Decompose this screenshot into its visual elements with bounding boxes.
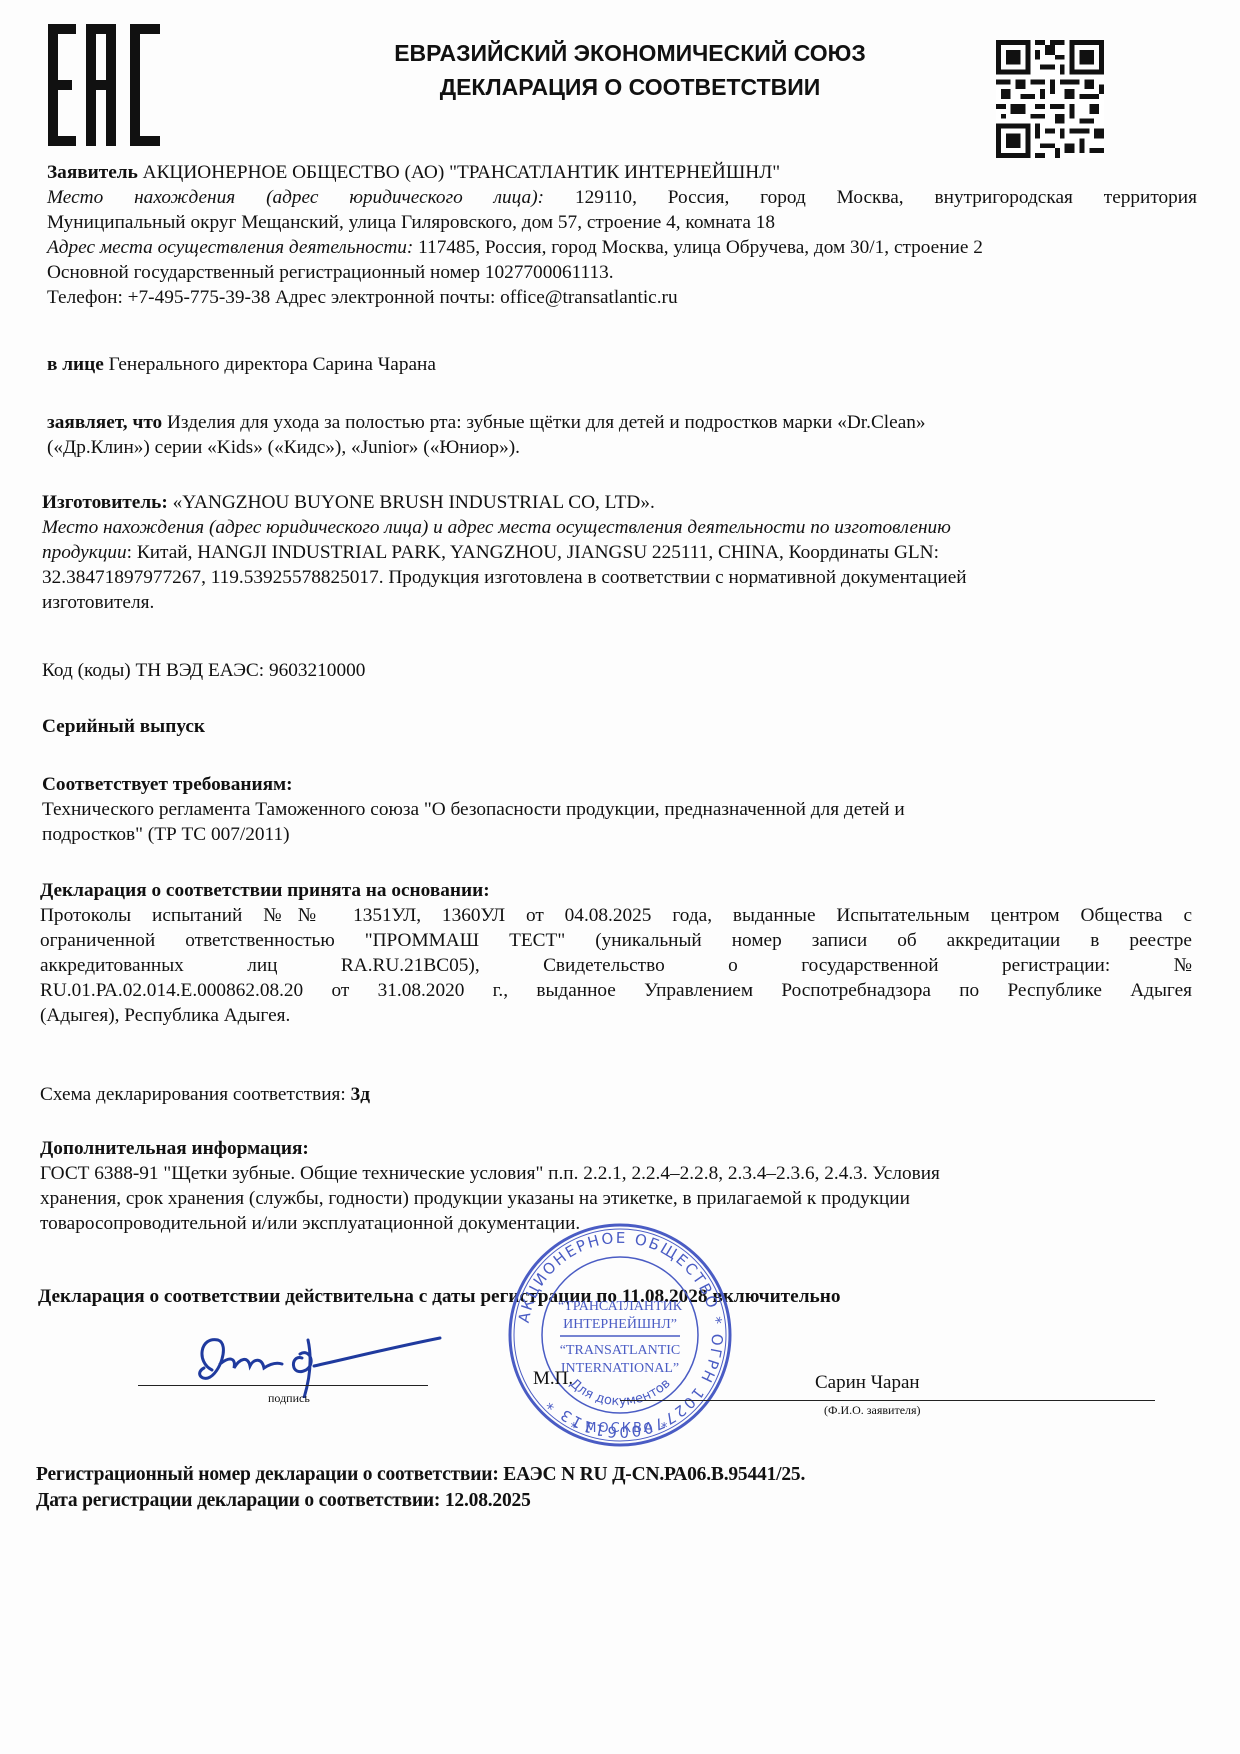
manufacturer-address-line-4: изготовителя. <box>42 590 1192 615</box>
registration-footer: Регистрационный номер декларации о соотв… <box>36 1462 805 1514</box>
title-line-declaration: ДЕКЛАРАЦИЯ О СООТВЕТСТВИИ <box>330 70 930 104</box>
basis-label: Декларация о соответствии принята на осн… <box>40 878 1192 903</box>
fio-line <box>620 1400 1155 1401</box>
basis-line-5: (Адыгея), Республика Адыгея. <box>40 1003 1192 1028</box>
company-stamp-icon: АКЦИОНЕРНОЕ ОБЩЕСТВО * ОГРН 102770006111… <box>505 1220 735 1450</box>
basis-line-4: RU.01.РА.02.014.Е.000862.08.20 от 31.08.… <box>40 978 1192 1003</box>
applicant-full-name: Сарин Чаран <box>815 1372 920 1394</box>
representative-section: в лице Генерального директора Сарина Чар… <box>47 352 1197 377</box>
svg-text:ИНТЕРНЕЙШНЛ”: ИНТЕРНЕЙШНЛ” <box>563 1315 677 1332</box>
eac-logo-icon <box>48 24 164 146</box>
applicant-label: Заявитель <box>47 162 138 183</box>
additional-line-1: ГОСТ 6388-91 "Щетки зубные. Общие технич… <box>40 1161 1190 1186</box>
legal-address-value: 129110, Россия, город Москва, внутригоро… <box>544 187 1197 208</box>
applicant-line: Заявитель АКЦИОНЕРНОЕ ОБЩЕСТВО (АО) "ТРА… <box>47 160 1197 185</box>
title-line-union: ЕВРАЗИЙСКИЙ ЭКОНОМИЧЕСКИЙ СОЮЗ <box>330 36 930 70</box>
applicant-section: Заявитель АКЦИОНЕРНОЕ ОБЩЕСТВО (АО) "ТРА… <box>47 160 1197 310</box>
activity-address-line: Адрес места осуществления деятельности: … <box>47 235 1197 260</box>
signature-icon <box>190 1318 470 1398</box>
manufacturer-section: Изготовитель: «YANGZHOU BUYONE BRUSH IND… <box>42 490 1192 615</box>
declares-section: заявляет, что Изделия для ухода за полос… <box>47 410 1197 460</box>
declares-line-2: («Др.Клин») серии «Kids» («Кидс»), «Juni… <box>47 435 1197 460</box>
manufacturer-label: Изготовитель: <box>42 492 168 513</box>
manufacturer-address-line-3: 32.38471897977267, 119.53925578825017. П… <box>42 565 1192 590</box>
svg-text:“ТРАНСАТЛАНТИК: “ТРАНСАТЛАНТИК <box>558 1299 683 1314</box>
svg-text:INTERNATIONAL”: INTERNATIONAL” <box>561 1361 679 1376</box>
requirements-section: Соответствует требованиям: Технического … <box>42 772 1192 847</box>
svg-text:АКЦИОНЕРНОЕ ОБЩЕСТВО * ОГРН 10: АКЦИОНЕРНОЕ ОБЩЕСТВО * ОГРН 102770006111… <box>515 1229 726 1441</box>
requirements-line-2: подростков" (ТР ТС 007/2011) <box>42 822 1192 847</box>
registration-date: Дата регистрации декларации о соответств… <box>36 1488 805 1514</box>
seal-place-label: М.П. <box>533 1368 573 1390</box>
activity-address-label: Адрес места осуществления деятельности: <box>47 237 413 258</box>
legal-address-line: Место нахождения (адрес юридического лиц… <box>47 185 1197 210</box>
ogrn-line: Основной государственный регистрационный… <box>47 260 1197 285</box>
tnved-code: Код (коды) ТН ВЭД ЕАЭС: 9603210000 <box>42 658 1192 683</box>
serial-section: Серийный выпуск <box>42 714 1192 739</box>
requirements-label: Соответствует требованиям: <box>42 772 1192 797</box>
manufacturer-name: «YANGZHOU BUYONE BRUSH INDUSTRIAL CO, LT… <box>168 492 655 513</box>
contacts-line: Телефон: +7-495-775-39-38 Адрес электрон… <box>47 285 1197 310</box>
registration-number: Регистрационный номер декларации о соотв… <box>36 1462 805 1488</box>
basis-line-2: ограниченной ответственностью "ПРОММАШ Т… <box>40 928 1192 953</box>
qr-code-icon[interactable] <box>995 40 1105 158</box>
declaration-page: ЕВРАЗИЙСКИЙ ЭКОНОМИЧЕСКИЙ СОЮЗ ДЕКЛАРАЦИ… <box>0 0 1240 1754</box>
scheme-section: Схема декларирования соответствия: 3д <box>40 1082 1190 1107</box>
scheme-value: 3д <box>351 1084 370 1105</box>
additional-line-2: хранения, срок хранения (службы, годност… <box>40 1186 1190 1211</box>
legal-address-line-2: Муниципальный округ Мещанский, улица Гил… <box>47 210 1197 235</box>
serial-release: Серийный выпуск <box>42 714 1192 739</box>
manufacturer-address-line-2: : Китай, HANGJI INDUSTRIAL PARK, YANGZHO… <box>127 542 939 563</box>
additional-label: Дополнительная информация: <box>40 1136 1190 1161</box>
signature-line <box>138 1385 428 1386</box>
svg-text:* МОСКВА *: * МОСКВА * <box>571 1421 670 1436</box>
basis-line-1: Протоколы испытаний №№ 1351УЛ, 1360УЛ от… <box>40 903 1192 928</box>
applicant-name: АКЦИОНЕРНОЕ ОБЩЕСТВО (АО) "ТРАНСАТЛАНТИК… <box>138 162 780 183</box>
tnved-section: Код (коды) ТН ВЭД ЕАЭС: 9603210000 <box>42 658 1192 683</box>
basis-section: Декларация о соответствии принята на осн… <box>40 878 1192 1028</box>
signature-caption: подпись <box>268 1391 310 1406</box>
declares-label: заявляет, что <box>47 412 162 433</box>
fio-caption: (Ф.И.О. заявителя) <box>824 1403 921 1418</box>
representative-label: в лице <box>47 354 104 375</box>
declares-line-1: Изделия для ухода за полостью рта: зубны… <box>162 412 925 433</box>
document-title: ЕВРАЗИЙСКИЙ ЭКОНОМИЧЕСКИЙ СОЮЗ ДЕКЛАРАЦИ… <box>330 36 930 104</box>
manufacturer-address-label-2: продукции <box>42 542 127 563</box>
activity-address-value: 117485, Россия, город Москва, улица Обру… <box>413 237 983 258</box>
scheme-label: Схема декларирования соответствия: <box>40 1084 351 1105</box>
manufacturer-address-label: Место нахождения (адрес юридического лиц… <box>42 515 1192 540</box>
legal-address-label: Место нахождения (адрес юридического лиц… <box>47 187 544 208</box>
representative-value: Генерального директора Сарина Чарана <box>104 354 436 375</box>
svg-text:“TRANSATLANTIC: “TRANSATLANTIC <box>560 1343 681 1358</box>
basis-line-3: аккредитованных лиц RA.RU.21ВС05), Свиде… <box>40 953 1192 978</box>
requirements-line-1: Технического регламента Таможенного союз… <box>42 797 1192 822</box>
